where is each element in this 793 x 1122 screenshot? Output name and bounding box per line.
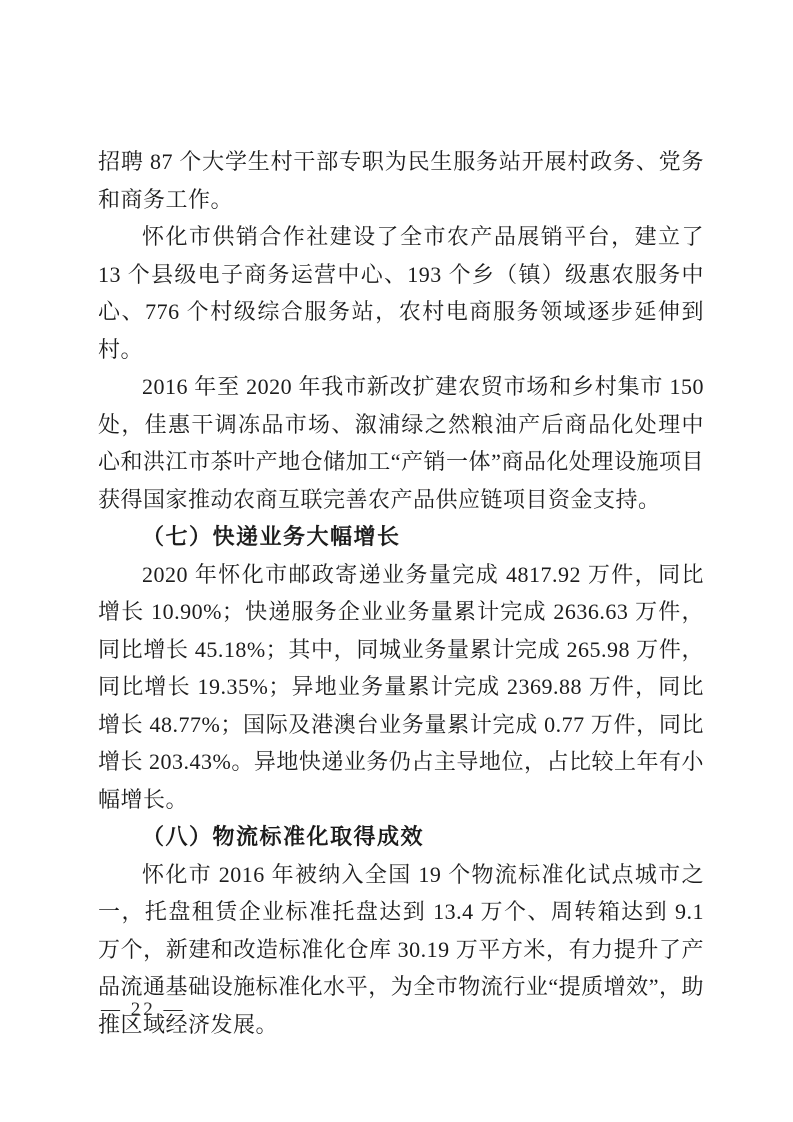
section-heading-7: （七）快递业务大幅增长 xyxy=(98,518,704,556)
paragraph: 2020 年怀化市邮政寄递业务量完成 4817.92 万件，同比增长 10.90… xyxy=(98,556,704,819)
document-page: 招聘 87 个大学生村干部专职为民生服务站开展村政务、党务和商务工作。 怀化市供… xyxy=(0,0,793,1122)
paragraph-continued: 招聘 87 个大学生村干部专职为民生服务站开展村政务、党务和商务工作。 xyxy=(98,143,704,218)
paragraph: 怀化市 2016 年被纳入全国 19 个物流标准化试点城市之一，托盘租赁企业标准… xyxy=(98,856,704,1044)
paragraph: 2016 年至 2020 年我市新改扩建农贸市场和乡村集市 150 处，佳惠干调… xyxy=(98,368,704,518)
document-body: 招聘 87 个大学生村干部专职为民生服务站开展村政务、党务和商务工作。 怀化市供… xyxy=(98,143,704,1043)
section-heading-8: （八）物流标准化取得成效 xyxy=(98,818,704,856)
page-number: — 22 — xyxy=(101,999,186,1021)
paragraph: 怀化市供销合作社建设了全市农产品展销平台，建立了 13 个县级电子商务运营中心、… xyxy=(98,218,704,368)
